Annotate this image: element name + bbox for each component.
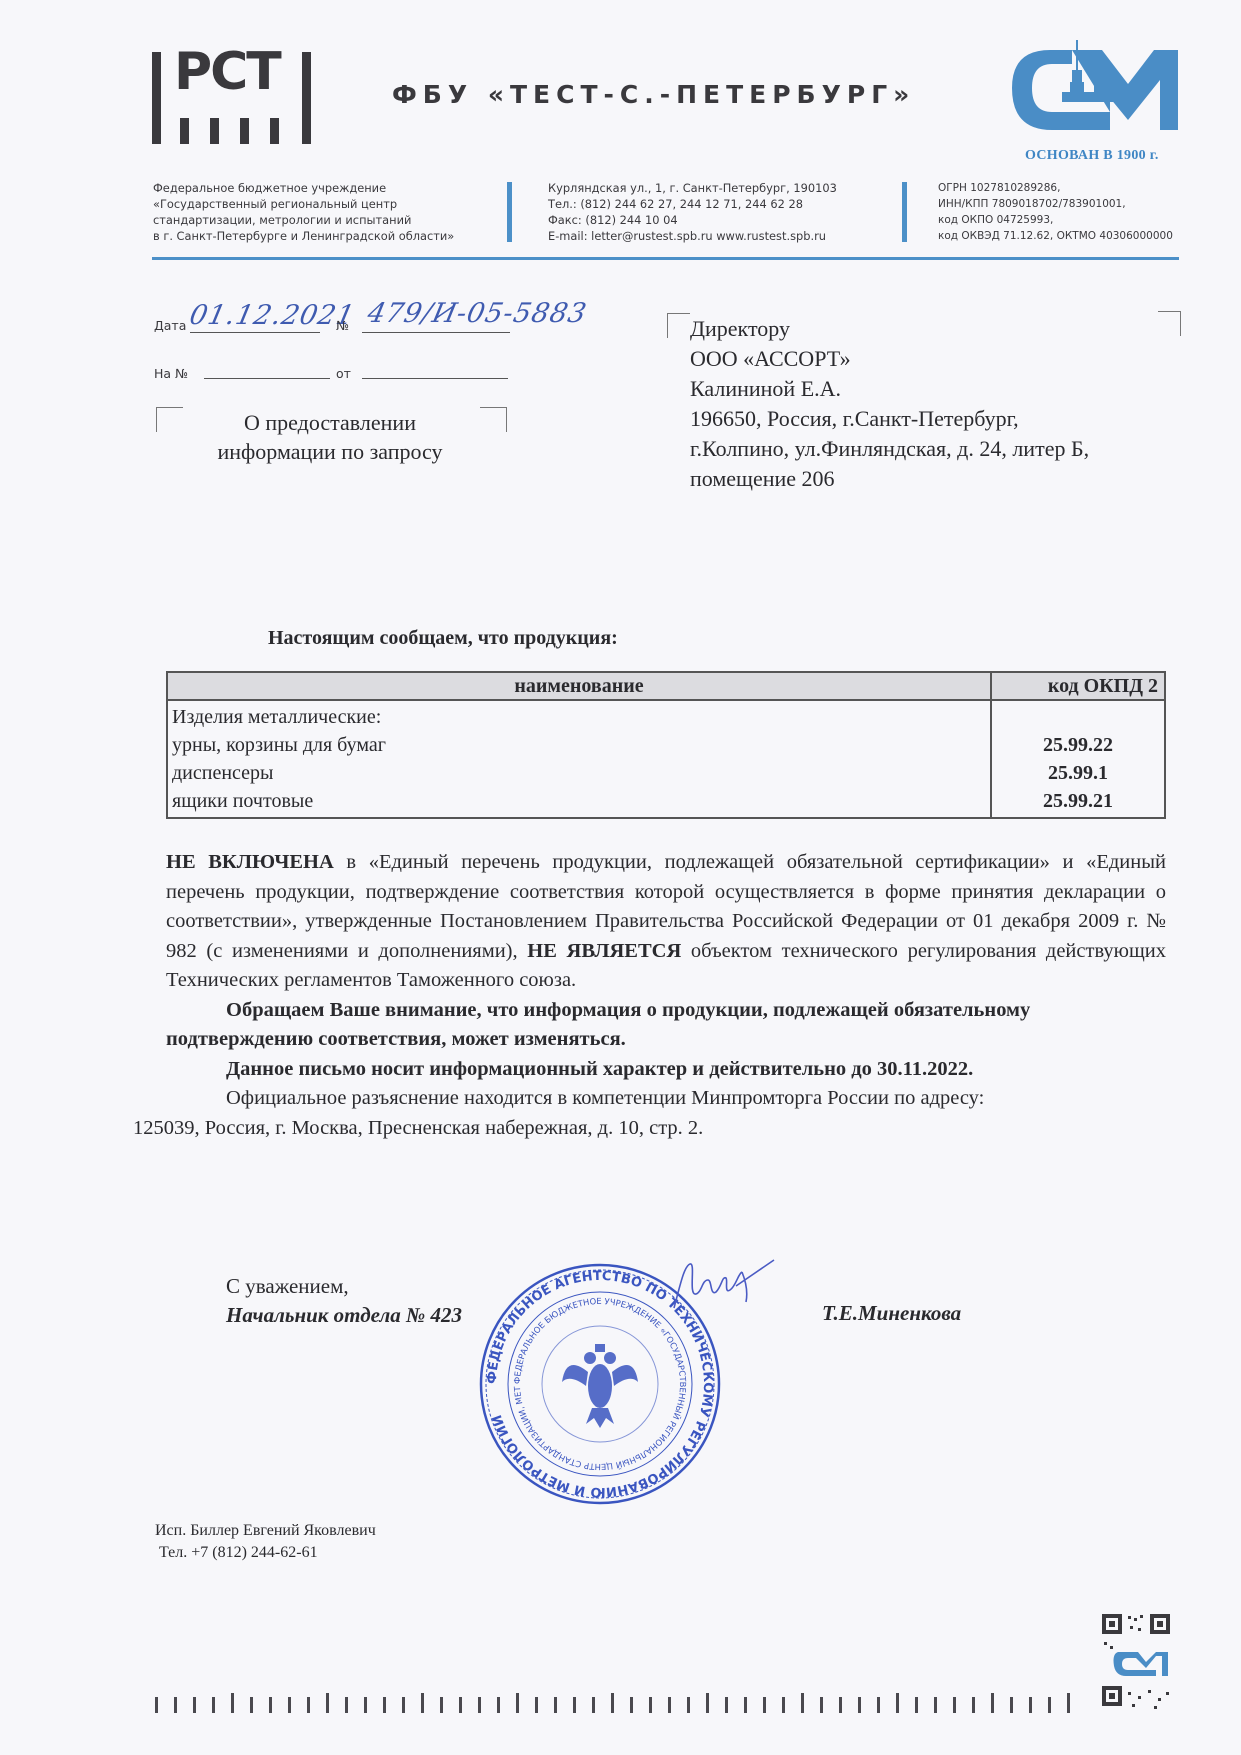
bottom-ruler-marks	[155, 1693, 1075, 1715]
recipient-address: Директору ООО «АССОРТ» Калининой Е.А. 19…	[690, 314, 1089, 494]
header-requisites: ОГРН 1027810289286, ИНН/КПП 7809018702/7…	[938, 180, 1173, 244]
paragraph-not-included: НЕ ВКЛЮЧЕНА в «Единый перечень продукции…	[166, 848, 1166, 996]
number-value: 479/И-05-5883	[365, 298, 590, 329]
paragraph-address: 125039, Россия, г. Москва, Пресненская н…	[133, 1114, 1166, 1144]
bracket-top-right	[1158, 311, 1181, 336]
from-label: от	[336, 366, 351, 381]
paragraph-validity: Данное письмо носит информационный харак…	[166, 1055, 1166, 1085]
date-label: Дата	[154, 318, 186, 333]
from-underline	[362, 378, 508, 379]
intro-text: Настоящим сообщаем, что продукция:	[268, 627, 618, 650]
rst-logo: РСТ	[152, 52, 364, 146]
name-cell: Изделия металлические: урны, корзины для…	[167, 700, 991, 818]
paragraph-clarification: Официальное разъяснение находится в комп…	[166, 1084, 1166, 1114]
founded-label: ОСНОВАН В 1900 г.	[1025, 148, 1159, 164]
date-value: 01.12.2021	[187, 300, 358, 331]
closing: С уважением,	[226, 1272, 462, 1301]
qr-code-icon	[1098, 1612, 1174, 1714]
divider	[902, 182, 907, 242]
cm-logo-icon	[1010, 40, 1180, 140]
letter-body: НЕ ВКЛЮЧЕНА в «Единый перечень продукции…	[166, 848, 1166, 1143]
bracket-top-left	[667, 313, 690, 338]
header-rule	[152, 257, 1179, 260]
handwritten-signature-icon	[666, 1256, 776, 1316]
number-label: №	[336, 318, 349, 333]
header-org-name: Федеральное бюджетное учреждение «Госуда…	[153, 180, 454, 244]
divider	[507, 182, 512, 242]
table-row: Изделия металлические: урны, корзины для…	[167, 700, 1165, 818]
bracket-top-right	[480, 407, 507, 432]
table-header-row: наименование код ОКПД 2	[167, 672, 1165, 700]
bracket-top-left	[156, 407, 183, 432]
ref-underline	[204, 378, 330, 379]
product-table: наименование код ОКПД 2 Изделия металлич…	[166, 671, 1166, 819]
signature-block: С уважением, Начальник отдела № 423	[226, 1272, 462, 1330]
signer-position: Начальник отдела № 423	[226, 1301, 462, 1330]
date-underline	[190, 332, 320, 333]
executor-info: Исп. Биллер Евгений Яковлевич Тел. +7 (8…	[155, 1520, 376, 1564]
paragraph-attention: Обращаем Ваше внимание, что информация о…	[166, 996, 1166, 1055]
header-contacts: Курляндская ул., 1, г. Санкт-Петербург, …	[548, 180, 837, 244]
subject: О предоставлении информации по запросу	[195, 408, 465, 466]
signer-name: Т.Е.Миненкова	[822, 1301, 961, 1326]
ref-label: На №	[154, 366, 188, 381]
code-cell: 25.99.22 25.99.1 25.99.21	[991, 700, 1165, 818]
number-underline	[362, 332, 510, 333]
column-header-name: наименование	[167, 672, 991, 700]
column-header-code: код ОКПД 2	[991, 672, 1165, 700]
organization-title: ФБУ «ТЕСТ-С.-ПЕТЕРБУРГ»	[392, 80, 915, 109]
